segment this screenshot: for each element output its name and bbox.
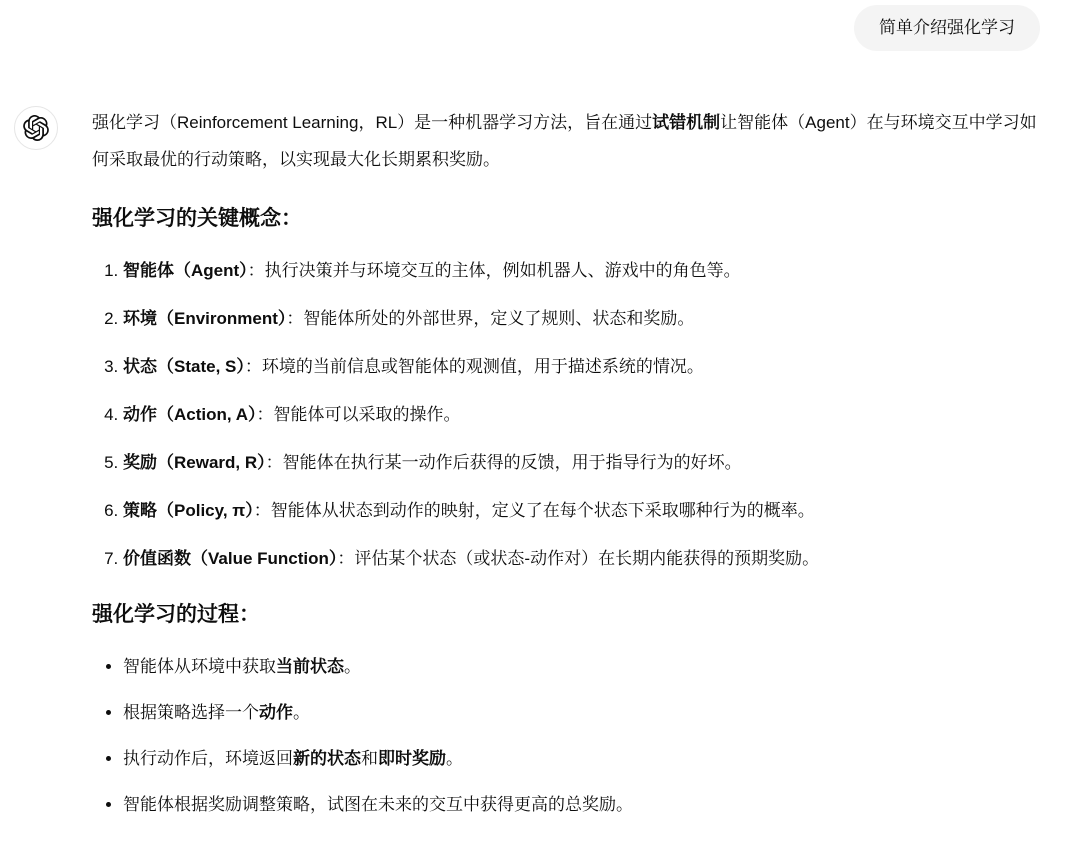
openai-logo-icon xyxy=(23,115,49,141)
chat-thread: 简单介绍强化学习 强化学习（Reinforcement Learning，RL）… xyxy=(0,0,1080,836)
concept-list-item: 状态（State, S）：环境的当前信息或智能体的观测值，用于描述系统的情况。 xyxy=(123,352,1045,382)
process-item-text: 智能体从环境中获取当前状态。 xyxy=(123,657,361,676)
concept-item-text: 策略（Policy, π）：智能体从状态到动作的映射，定义了在每个状态下采取哪种… xyxy=(123,501,815,520)
process-list-item: 执行动作后，环境返回新的状态和即时奖励。 xyxy=(123,744,1045,774)
process-list-item: 根据策略选择一个动作。 xyxy=(123,698,1045,728)
process-item-text: 智能体根据奖励调整策略，试图在未来的交互中获得更高的总奖励。 xyxy=(123,795,633,814)
user-message-bubble: 简单介绍强化学习 xyxy=(854,5,1040,51)
assistant-turn: 强化学习（Reinforcement Learning，RL）是一种机器学习方法… xyxy=(14,104,1045,836)
concept-list-item: 策略（Policy, π）：智能体从状态到动作的映射，定义了在每个状态下采取哪种… xyxy=(123,496,1045,526)
concept-item-text: 动作（Action, A）：智能体可以采取的操作。 xyxy=(123,405,460,424)
concept-list-item: 奖励（Reward, R）：智能体在执行某一动作后获得的反馈，用于指导行为的好坏… xyxy=(123,448,1045,478)
concept-item-text: 智能体（Agent）：执行决策并与环境交互的主体，例如机器人、游戏中的角色等。 xyxy=(123,261,741,280)
concepts-list: 智能体（Agent）：执行决策并与环境交互的主体，例如机器人、游戏中的角色等。 … xyxy=(92,256,1045,574)
user-turn: 简单介绍强化学习 xyxy=(14,5,1045,51)
concepts-heading: 强化学习的关键概念： xyxy=(92,204,1045,234)
concept-item-text: 状态（State, S）：环境的当前信息或智能体的观测值，用于描述系统的情况。 xyxy=(123,357,704,376)
concept-item-text: 环境（Environment）：智能体所处的外部世界，定义了规则、状态和奖励。 xyxy=(123,309,694,328)
intro-paragraph: 强化学习（Reinforcement Learning，RL）是一种机器学习方法… xyxy=(92,104,1045,178)
process-list: 智能体从环境中获取当前状态。 根据策略选择一个动作。 执行动作后，环境返回新的状… xyxy=(92,652,1045,820)
process-item-text: 根据策略选择一个动作。 xyxy=(123,703,310,722)
concept-list-item: 价值函数（Value Function）：评估某个状态（或状态-动作对）在长期内… xyxy=(123,544,1045,574)
concept-list-item: 动作（Action, A）：智能体可以采取的操作。 xyxy=(123,400,1045,430)
concept-item-text: 价值函数（Value Function）：评估某个状态（或状态-动作对）在长期内… xyxy=(123,549,819,568)
process-heading: 强化学习的过程： xyxy=(92,600,1045,630)
user-message-text: 简单介绍强化学习 xyxy=(879,18,1015,37)
process-list-item: 智能体根据奖励调整策略，试图在未来的交互中获得更高的总奖励。 xyxy=(123,790,1045,820)
process-list-item: 智能体从环境中获取当前状态。 xyxy=(123,652,1045,682)
process-item-text: 执行动作后，环境返回新的状态和即时奖励。 xyxy=(123,749,463,768)
concept-item-text: 奖励（Reward, R）：智能体在执行某一动作后获得的反馈，用于指导行为的好坏… xyxy=(123,453,742,472)
concept-list-item: 智能体（Agent）：执行决策并与环境交互的主体，例如机器人、游戏中的角色等。 xyxy=(123,256,1045,286)
assistant-message-content: 强化学习（Reinforcement Learning，RL）是一种机器学习方法… xyxy=(92,104,1045,836)
assistant-avatar xyxy=(14,106,58,150)
concept-list-item: 环境（Environment）：智能体所处的外部世界，定义了规则、状态和奖励。 xyxy=(123,304,1045,334)
